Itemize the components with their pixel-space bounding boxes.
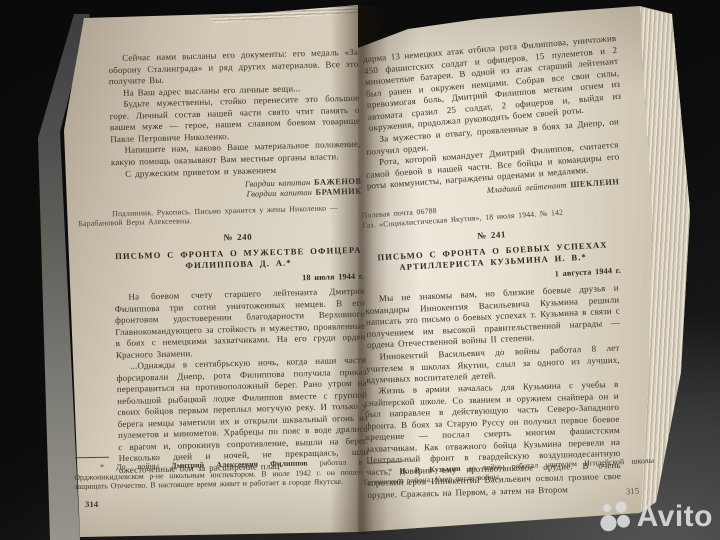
letter-signatures: Гвардии капитан БАЖЕНОВ Гвардии капитан … <box>111 176 361 204</box>
signature-name: ШЕКЛЕИН <box>570 177 620 189</box>
left-page-text: Сейчас нами высланы его документы: его м… <box>108 47 368 453</box>
signature-name: БАЖЕНОВ <box>314 176 362 186</box>
left-page-footnote: * До войны Дмитрий Алексеевич Филиппов р… <box>74 457 363 492</box>
document-heading: № 241 ПИСЬМО С ФРОНТА О БОЕВЫХ УСПЕХАХ А… <box>365 223 622 290</box>
avito-logo-icon <box>600 501 632 533</box>
page-number-right: 315 <box>626 486 640 497</box>
document-number: № 240 <box>113 229 363 247</box>
letter-paragraph: На боевом счету старшего лейтенанта Дмит… <box>114 286 366 362</box>
right-page-text: дарма 13 немецких атак отбила рота Филип… <box>366 54 620 501</box>
letter-paragraph: Будьте мужественны, стойко перенесите эт… <box>109 93 360 146</box>
avito-watermark-label: Avito <box>637 502 713 532</box>
footnote-prefix: * До войны <box>100 461 171 471</box>
footnote-prefix: * <box>388 466 400 475</box>
book-photo: Сейчас нами высланы его документы: его м… <box>0 0 720 540</box>
signature-rank: Гвардии капитан <box>245 177 314 188</box>
document-heading: № 240 ПИСЬМО С ФРОНТА О МУЖЕСТВЕ ОФИЦЕРА… <box>113 229 364 289</box>
signature-name: БРАМНИК <box>315 187 361 197</box>
letter-paragraph: Мы не знакомы вам, но близкие боевые дру… <box>365 283 621 352</box>
provenance-note: Подлинник. Рукопись. Письмо хранится у ж… <box>78 202 362 229</box>
signature-rank: Гвардии капитан <box>246 188 315 199</box>
document-title: ПИСЬМО С ФРОНТА О МУЖЕСТВЕ ОФИЦЕРА ФИЛИП… <box>113 244 363 273</box>
avito-watermark: Avito <box>600 501 713 533</box>
page-number-left: 314 <box>85 499 98 509</box>
document-date: 18 июля 1944 г. <box>114 270 364 288</box>
